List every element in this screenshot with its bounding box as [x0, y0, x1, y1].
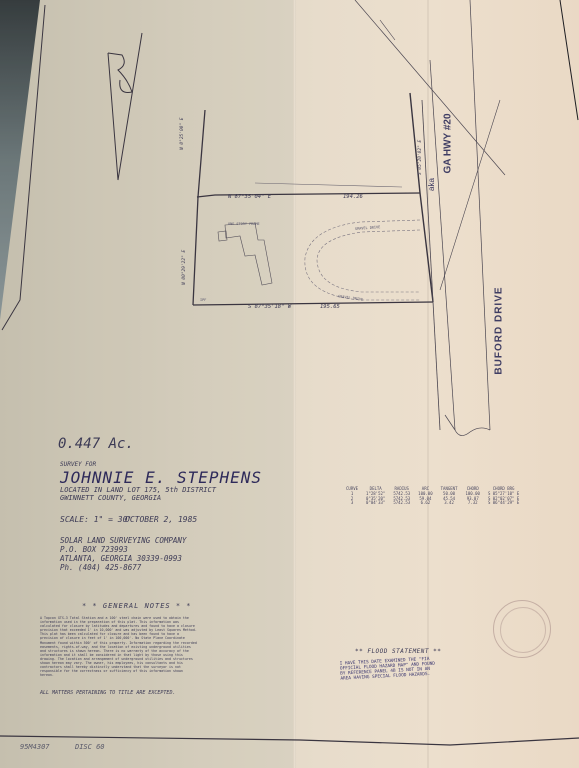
iron-pin-label: IPF — [200, 298, 206, 302]
street-label: BUFORD DRIVE — [494, 286, 505, 374]
general-notes-body: A Topcon GTS-3 Total Station and a 100' … — [40, 616, 198, 677]
table-row: 3 0°04'33" 5742.53 6.62 3.42 7.32 S 06°4… — [342, 501, 523, 506]
owner-name: JOHNNIE E. STEPHENS — [60, 468, 262, 487]
general-notes-title: * * GENERAL NOTES * * — [82, 602, 192, 610]
acreage: 0.447 Ac. — [58, 436, 134, 452]
north-line-distance: 194.26 — [343, 194, 363, 200]
house-label: ONE STORY FRAME — [228, 222, 260, 226]
location-line-1: LOCATED IN LAND LOT 175, 5th DISTRICT — [60, 486, 216, 494]
scale: SCALE: 1" = 30' — [60, 515, 132, 524]
cell: 3.42 — [437, 501, 462, 506]
surveyor-seal-icon — [493, 600, 551, 658]
surveyor-name: SOLAR LAND SURVEYING COMPANY — [60, 536, 186, 545]
location-line-2: GWINNETT COUNTY, GEORGIA — [60, 494, 161, 502]
cell: 6.62 — [414, 501, 436, 506]
surveyor-po-box: P.O. BOX 723993 — [60, 545, 128, 554]
reference-number: 95M4307 — [20, 743, 50, 751]
east-line-bearing: S 05°20'02" E — [418, 140, 423, 175]
curve-table: CURVE DELTA RADIUS ARC TANGENT CHORD CHO… — [342, 487, 523, 506]
flood-statement-title: ** FLOOD STATEMENT ** — [355, 648, 441, 655]
south-line-bearing: S 87°35'18" W — [248, 304, 291, 310]
north-line-bearing: N 87°35'04" E — [228, 194, 271, 200]
cell: S 06°44'29" E — [484, 501, 523, 506]
disc-number: DISC 60 — [75, 743, 105, 751]
aka-label: aka — [427, 178, 436, 191]
general-notes-title-exception: ALL MATTERS PERTAINING TO TITLE ARE EXCE… — [40, 690, 175, 696]
west-line-bearing-upper: N 0°25'00" E — [180, 117, 185, 150]
cell: 3 — [342, 501, 362, 506]
cell: 0°04'33" — [362, 501, 389, 506]
survey-for-label: SURVEY FOR — [60, 461, 96, 468]
west-line-bearing-lower: N 00°29'22" E — [182, 250, 187, 285]
south-line-distance: 195.65 — [320, 304, 340, 310]
survey-date: OCTOBER 2, 1985 — [125, 515, 197, 524]
north-arrow-icon — [108, 33, 142, 180]
surveyor-phone: Ph. (404) 425-8677 — [60, 563, 141, 572]
surveyor-city: ATLANTA, GEORGIA 30339-0993 — [60, 554, 182, 563]
highway-label: GA HWY #20 — [443, 113, 454, 173]
cell: 5742.53 — [389, 501, 414, 506]
cell: 7.32 — [461, 501, 483, 506]
